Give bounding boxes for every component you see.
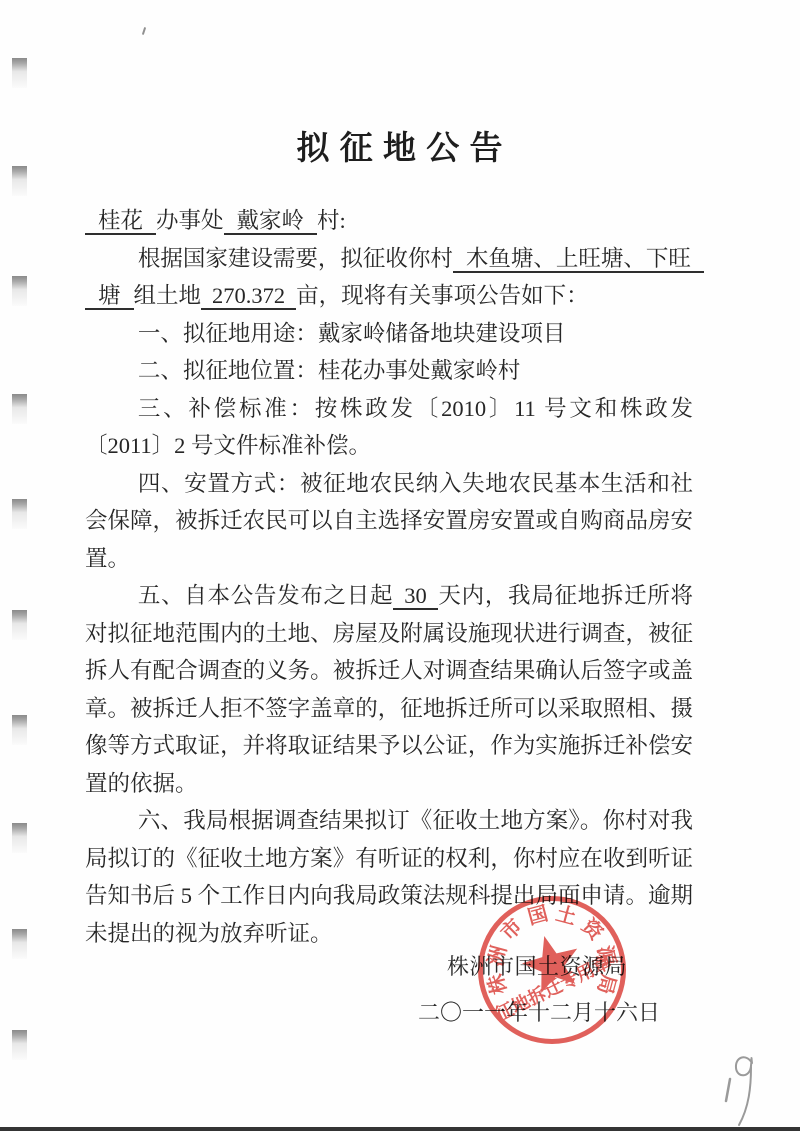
signature-organization: 株洲市国土资源局: [447, 950, 627, 981]
binding-hole-mark: [12, 276, 27, 306]
item-5-pre: 五、自本公告发布之日起: [138, 583, 393, 608]
days-blank: 30: [393, 583, 438, 610]
intro-paragraph: 根据国家建设需要，拟征收你村木鱼塘、上旺塘、下旺塘组土地270.372亩，现将有…: [85, 240, 693, 315]
binding-hole-mark: [12, 929, 27, 959]
binding-hole-mark: [12, 394, 27, 424]
village-label: 村:: [317, 208, 346, 233]
intro-mid: 组土地: [134, 283, 202, 308]
binding-hole-mark: [12, 166, 27, 196]
salutation-line: 桂花办事处戴家岭村:: [85, 202, 693, 240]
document-title: 拟 征 地 公 告: [0, 122, 800, 169]
office-name-blank: 桂花: [85, 208, 156, 235]
intro-post: 亩，现将有关事项公告如下：: [296, 283, 589, 308]
binding-hole-mark: [12, 58, 27, 88]
binding-hole-mark: [12, 610, 27, 640]
item-5-post: 天内，我局征地拆迁所将对拟征地范围内的土地、房屋及附属设施现状进行调查，被征拆人…: [85, 583, 693, 796]
binding-hole-mark: [12, 499, 27, 529]
item-3-compensation: 三、补偿标准：按株政发〔2010〕11 号文和株政发〔2011〕2 号文件标准补…: [85, 390, 693, 465]
handwritten-page-number: [700, 1045, 780, 1131]
scan-edge-shadow: [0, 1127, 800, 1131]
office-label: 办事处: [156, 208, 224, 233]
binding-hole-mark: [12, 823, 27, 853]
item-2-location: 二、拟征地位置：桂花办事处戴家岭村: [85, 352, 693, 390]
land-area-blank: 270.372: [201, 283, 296, 310]
signature-date: 二〇一一年十二月十六日: [418, 996, 660, 1027]
village-name-blank: 戴家岭: [224, 208, 318, 235]
item-4-resettlement: 四、安置方式：被征地农民纳入失地农民基本生活和社会保障，被拆迁农民可以自主选择安…: [85, 465, 693, 578]
binding-hole-mark: [12, 1030, 27, 1060]
intro-pre: 根据国家建设需要，拟征收你村: [138, 246, 453, 271]
item-1-purpose: 一、拟征地用途：戴家岭储备地块建设项目: [85, 315, 693, 353]
scan-smudge: [142, 27, 146, 35]
item-5-survey: 五、自本公告发布之日起30天内，我局征地拆迁所将对拟征地范围内的土地、房屋及附属…: [85, 577, 693, 802]
item-6-hearing: 六、我局根据调查结果拟订《征收土地方案》。你村对我局拟订的《征收土地方案》有听证…: [85, 802, 693, 952]
document-body: 桂花办事处戴家岭村: 根据国家建设需要，拟征收你村木鱼塘、上旺塘、下旺塘组土地2…: [85, 202, 693, 952]
binding-hole-mark: [12, 715, 27, 745]
scanned-document-page: 拟 征 地 公 告 桂花办事处戴家岭村: 根据国家建设需要，拟征收你村木鱼塘、上…: [0, 0, 800, 1131]
